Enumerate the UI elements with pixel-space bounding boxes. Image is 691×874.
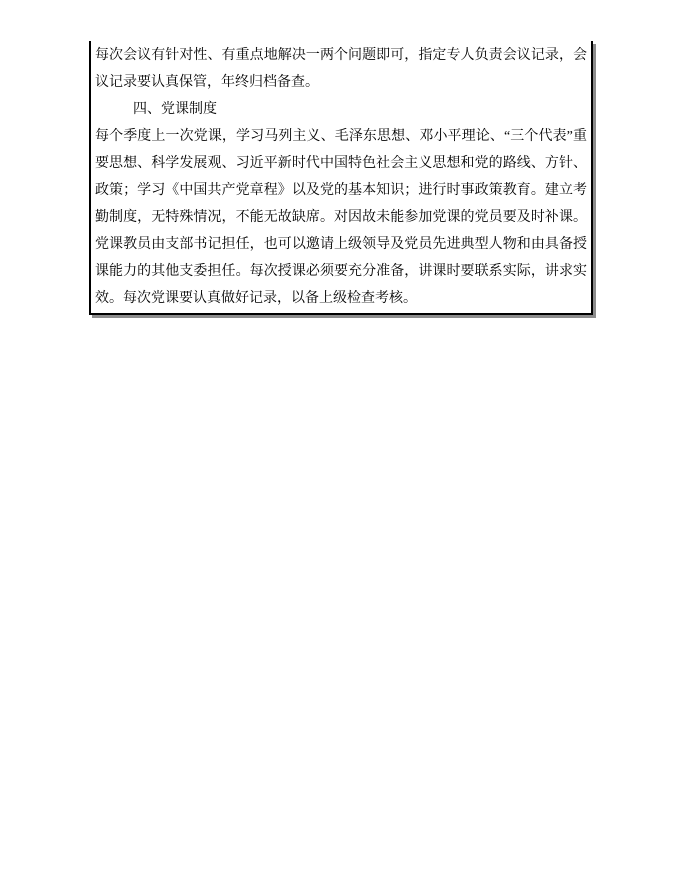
table-cell-continued: 每次会议有针对性、有重点地解决一两个问题即可，指定专人负责会议记录，会议记录要认…: [89, 41, 593, 315]
heading-party-lecture-system: 四、党课制度: [95, 96, 587, 123]
document-page: 每次会议有针对性、有重点地解决一两个问题即可，指定专人负责会议记录，会议记录要认…: [0, 0, 691, 874]
paragraph-party-lecture-details: 每个季度上一次党课，学习马列主义、毛泽东思想、邓小平理论、“三个代表”重要思想、…: [95, 123, 587, 312]
paragraph-meeting-records: 每次会议有针对性、有重点地解决一两个问题即可，指定专人负责会议记录，会议记录要认…: [95, 42, 587, 96]
